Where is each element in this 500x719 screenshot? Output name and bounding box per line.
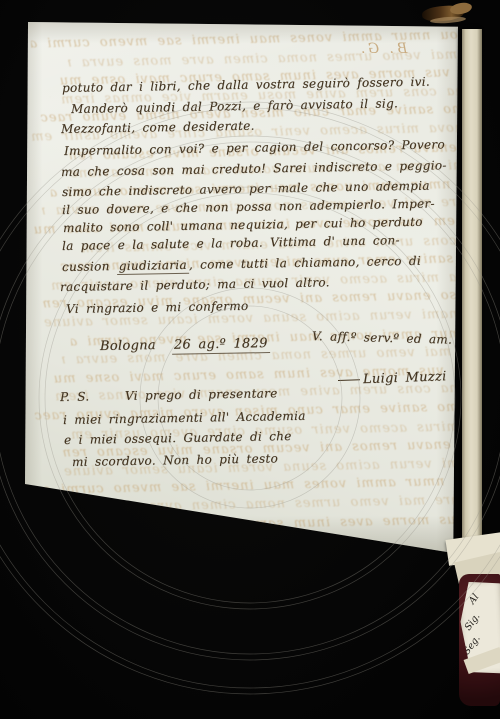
letter-page: mou nmur ammi vones mau inermi sae mveno… — [25, 22, 458, 553]
bleedthrough-line: anem vus morne aves inum samo erunc mavi… — [73, 511, 458, 535]
letter-line-part: cussion — [62, 259, 117, 274]
manuscript-photo: mou nmur ammi vones mau inermi sae mveno… — [0, 0, 500, 719]
bleedthrough-initials: B. G. — [358, 41, 407, 57]
fragment-line: Al — [467, 592, 482, 606]
underlined-word: giudiziaria — [117, 258, 189, 275]
binding-headband — [420, 0, 478, 32]
signature-name: Luigi Muzzi — [363, 369, 447, 387]
date-value: 26 ag.º 1829 — [172, 336, 270, 355]
dateline: Bologna26 ag.º 1829 — [100, 336, 270, 354]
date-place: Bologna — [100, 338, 156, 354]
signature-flourish — [338, 379, 360, 381]
fragment-line: Sig. — [463, 611, 483, 633]
binding-highlight — [449, 1, 473, 16]
book-page-edges — [462, 29, 482, 552]
